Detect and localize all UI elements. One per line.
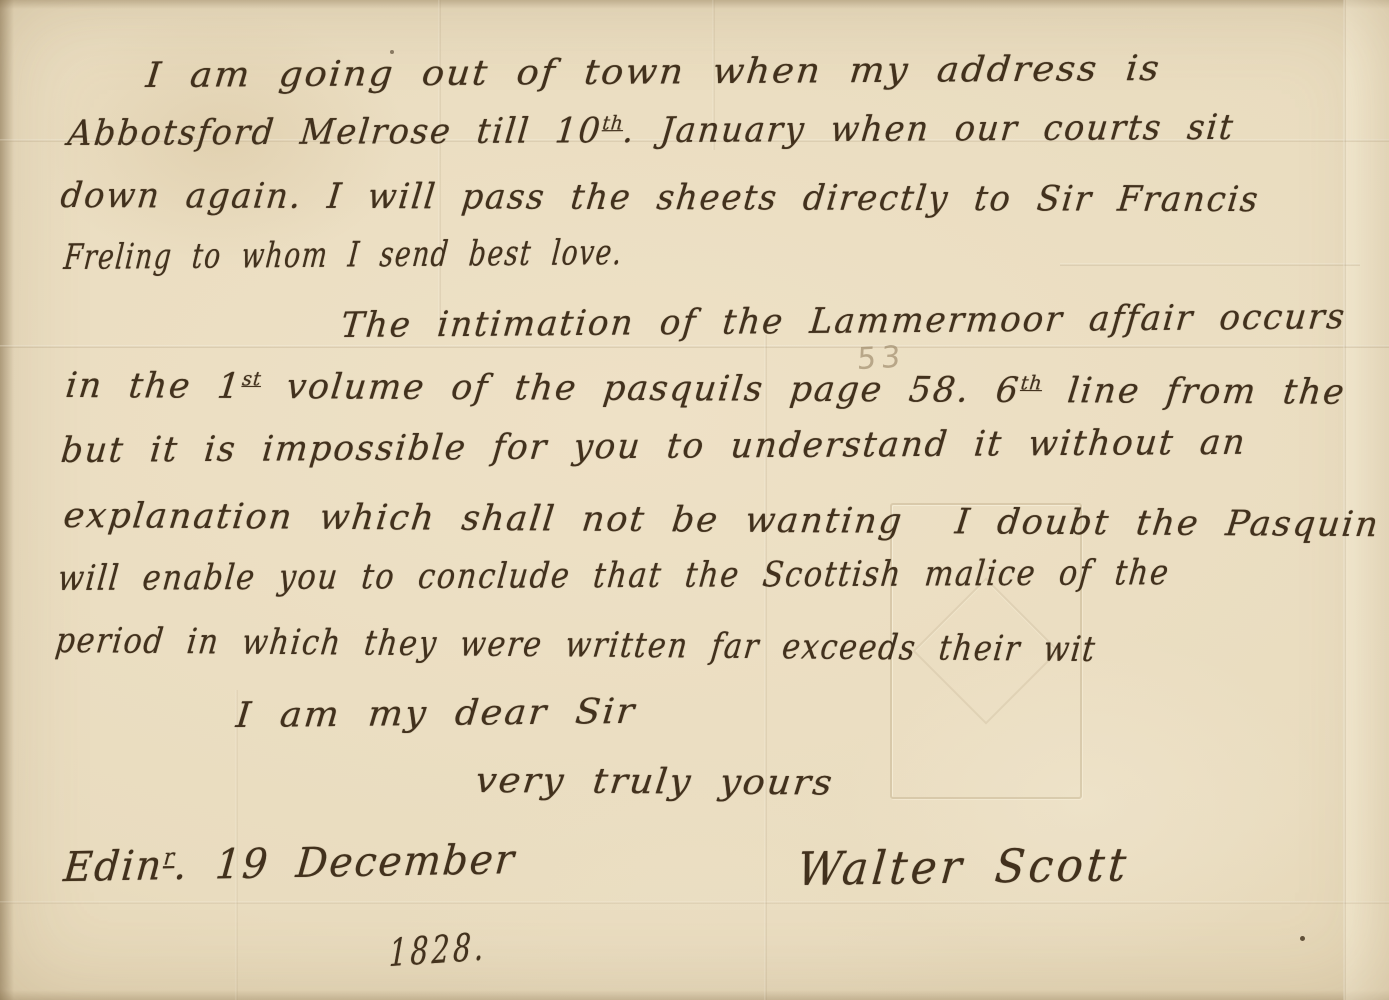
fold-crease-horizontal: [1060, 263, 1360, 266]
place-abbreviation: Edin: [62, 841, 165, 891]
letter-line-text: in the 1: [64, 366, 244, 407]
letter-line-text: line from the: [1040, 371, 1348, 413]
letter-line-text: explanation which shall not be wanting: [62, 496, 906, 542]
letter-line: explanation which shall not be wantingI …: [62, 496, 1382, 545]
paper-fold-panel-right: [1344, 0, 1389, 1000]
year-line: 1828.: [388, 924, 487, 975]
letter-page: 53 I am going out of town when my addres…: [0, 0, 1389, 1000]
letter-line: down again. I will pass the sheets direc…: [59, 176, 1262, 220]
signature: Walter Scott: [795, 837, 1132, 896]
letter-line: period in which they were written far ex…: [53, 621, 1098, 670]
letter-line-text: volume of the pasquils page 58. 6: [259, 367, 1023, 411]
letter-line: I am going out of town when my address i…: [144, 49, 1163, 96]
letter-line: will enable you to conclude that the Sco…: [56, 553, 1172, 599]
fold-crease-horizontal: [0, 345, 1389, 348]
letter-line: in the 1st volume of the pasquils page 5…: [64, 366, 1348, 413]
letter-line: but it is impossible for you to understa…: [59, 423, 1248, 471]
ordinal-superscript: th: [1020, 371, 1044, 394]
fold-crease-horizontal: [0, 901, 1389, 904]
place-date-line: Edinr. 19 December: [62, 835, 518, 891]
closing-line: very truly yours: [474, 761, 836, 803]
letter-line: The intimation of the Lammermoor affair …: [339, 297, 1348, 346]
paper-edge-left: [0, 0, 14, 1000]
closing-line: I am my dear Sir: [234, 692, 638, 736]
letter-line: Abbotsford Melrose till 10th. January wh…: [66, 108, 1237, 154]
letter-line-text: Abbotsford Melrose till 10: [66, 111, 604, 154]
letter-line: Freling to whom I send best love.: [62, 233, 625, 278]
date-text: . 19 December: [172, 835, 517, 889]
letter-line-text: . January when our courts sit: [621, 108, 1237, 151]
ordinal-superscript: th: [601, 111, 625, 134]
fold-crease-vertical: [438, 0, 441, 330]
ink-speck: [1300, 936, 1305, 941]
paper-edge-top: [0, 0, 1389, 9]
paper-edge-bottom: [0, 990, 1389, 1000]
ink-speck: [390, 50, 394, 54]
letter-line-text: I doubt the Pasquin: [901, 502, 1382, 545]
